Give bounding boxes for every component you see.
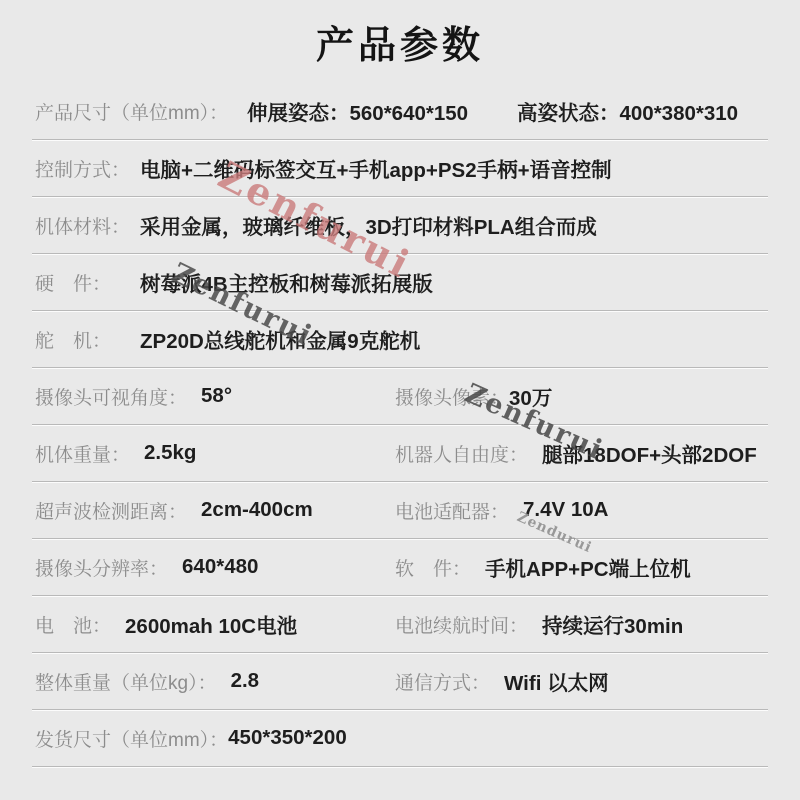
spec-label: 机器人自由度： [395, 440, 528, 467]
spec-label: 摄像头像素： [395, 383, 509, 410]
spec-table: 产品尺寸（单位mm）： 伸展姿态：560*640*150 高姿状态：400*38… [0, 83, 800, 767]
spec-value: 640*480 [182, 555, 258, 579]
spec-value-extended-posture: 伸展姿态：560*640*150 [247, 96, 517, 126]
spec-label: 控制方式： [35, 155, 140, 182]
spec-row-resolution-software: 摄像头分辨率： 640*480 软 件： 手机APP+PC端上位机 [32, 539, 768, 596]
spec-row-body-material: 机体材料： 采用金属，玻璃纤维板，3D打印材料PLA组合而成 [32, 197, 768, 254]
spec-value: 58° [201, 384, 232, 408]
spec-value: 2600mah 10C电池 [125, 609, 297, 639]
spec-label: 机体重量： [35, 440, 130, 467]
spec-cell-software: 软 件： 手机APP+PC端上位机 [395, 552, 765, 582]
spec-cell-battery-endurance: 电池续航时间： 持续运行30min [395, 609, 765, 639]
spec-cell-battery-adapter: 电池适配器： 7.4V 10A [395, 497, 765, 524]
spec-value: 手机APP+PC端上位机 [485, 552, 691, 582]
spec-value: Wifi 以太网 [504, 666, 609, 696]
spec-label: 电 池： [35, 611, 111, 638]
spec-label: 机体材料： [35, 212, 140, 239]
spec-value: 30万 [509, 381, 552, 411]
spec-cell-camera-angle: 摄像头可视角度： 58° [35, 383, 395, 410]
spec-label: 软 件： [395, 554, 471, 581]
spec-value: ZP20D总线舵机和金属9克舵机 [140, 324, 420, 354]
spec-label: 发货尺寸（单位mm）： [35, 725, 228, 752]
spec-cell-robot-dof: 机器人自由度： 腿部18DOF+头部2DOF [395, 438, 765, 468]
spec-row-camera-angle-pixels: 摄像头可视角度： 58° 摄像头像素： 30万 [32, 368, 768, 425]
spec-row-servo: 舵 机： ZP20D总线舵机和金属9克舵机 [32, 311, 768, 368]
spec-row-control-method: 控制方式： 电脑+二维码标签交互+手机app+PS2手柄+语音控制 [32, 140, 768, 197]
spec-value: 2cm-400cm [201, 498, 313, 522]
page-title: 产品参数 [316, 14, 484, 69]
spec-row-weight-dof: 机体重量： 2.5kg 机器人自由度： 腿部18DOF+头部2DOF [32, 425, 768, 482]
spec-value: 腿部18DOF+头部2DOF [542, 438, 757, 468]
spec-value: 7.4V 10A [523, 498, 608, 522]
spec-label: 超声波检测距离： [35, 497, 187, 524]
spec-row-battery-life: 电 池： 2600mah 10C电池 电池续航时间： 持续运行30min [32, 596, 768, 653]
spec-label: 电池适配器： [395, 497, 509, 524]
spec-value: 450*350*200 [228, 726, 347, 750]
spec-label: 整体重量（单位kg）： [35, 668, 217, 695]
spec-value: 2.5kg [144, 441, 196, 465]
spec-row-weight-comm: 整体重量（单位kg）： 2.8 通信方式： Wifi 以太网 [32, 653, 768, 710]
spec-row-product-size: 产品尺寸（单位mm）： 伸展姿态：560*640*150 高姿状态：400*38… [32, 83, 768, 140]
spec-cell-camera-pixels: 摄像头像素： 30万 [395, 381, 765, 411]
spec-cell-ultrasonic-range: 超声波检测距离： 2cm-400cm [35, 497, 395, 524]
spec-label: 产品尺寸（单位mm）： [35, 98, 247, 125]
spec-value: 树莓派4B主控板和树莓派拓展版 [140, 267, 433, 297]
spec-value-tall-posture: 高姿状态：400*380*310 [517, 96, 738, 126]
spec-label: 电池续航时间： [395, 611, 528, 638]
spec-cell-communication: 通信方式： Wifi 以太网 [395, 666, 765, 696]
spec-cell-overall-weight: 整体重量（单位kg）： 2.8 [35, 668, 395, 695]
spec-label: 硬 件： [35, 269, 140, 296]
spec-row-ultrasonic-adapter: 超声波检测距离： 2cm-400cm 电池适配器： 7.4V 10A [32, 482, 768, 539]
spec-cell-battery: 电 池： 2600mah 10C电池 [35, 609, 395, 639]
spec-value: 电脑+二维码标签交互+手机app+PS2手柄+语音控制 [140, 153, 612, 183]
spec-label: 摄像头可视角度： [35, 383, 187, 410]
spec-label: 摄像头分辨率： [35, 554, 168, 581]
spec-row-shipping-size: 发货尺寸（单位mm）： 450*350*200 [32, 710, 768, 767]
spec-cell-body-weight: 机体重量： 2.5kg [35, 440, 395, 467]
spec-label: 通信方式： [395, 668, 490, 695]
title-block: 产品参数 [0, 0, 800, 83]
spec-value: 持续运行30min [542, 609, 683, 639]
spec-cell-camera-resolution: 摄像头分辨率： 640*480 [35, 554, 395, 581]
spec-value: 采用金属，玻璃纤维板，3D打印材料PLA组合而成 [140, 210, 597, 240]
product-spec-sheet: 产品参数 产品尺寸（单位mm）： 伸展姿态：560*640*150 高姿状态：4… [0, 0, 800, 800]
spec-row-hardware: 硬 件： 树莓派4B主控板和树莓派拓展版 [32, 254, 768, 311]
spec-label: 舵 机： [35, 326, 140, 353]
spec-value: 2.8 [231, 669, 260, 693]
